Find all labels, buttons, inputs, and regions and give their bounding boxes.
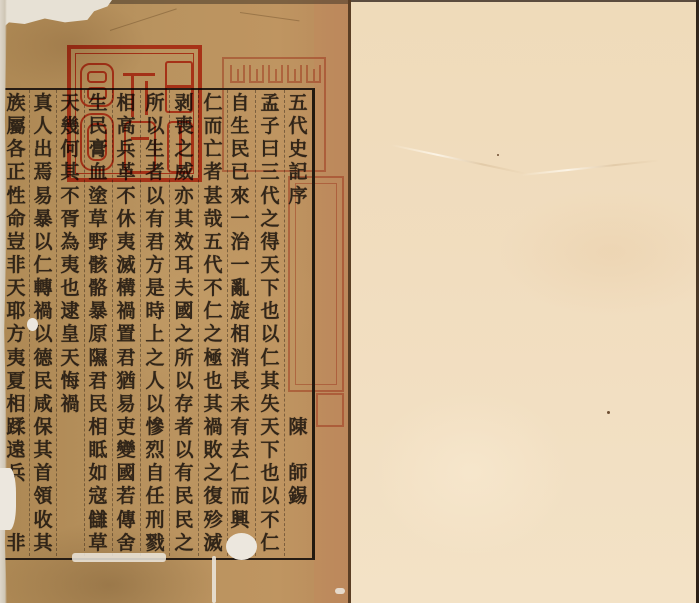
column-rule [255,90,256,556]
character: 一 [227,208,253,231]
character: 來 [227,185,253,208]
author-given-name: 師錫 [285,462,311,508]
character: 傳 [113,509,139,532]
character: 有 [142,208,168,231]
character: 興 [227,509,253,532]
character: 記 [285,161,311,184]
character: 戮 [142,532,168,555]
character: 胥 [57,208,83,231]
character: 草 [85,532,111,555]
text-column: 自生民已來一治一亂旋相消長未有去仁而興 [227,92,253,532]
character: 三 [257,161,283,184]
character: 有 [171,462,197,485]
paper-speck [607,411,610,414]
character: 為 [57,231,83,254]
character: 民 [171,485,197,508]
character: 吏 [113,416,139,439]
character: 錫 [285,485,311,508]
character: 之 [171,323,197,346]
character: 仁 [257,532,283,555]
faint-seal-small [316,393,344,427]
seal-glyph [87,123,107,161]
character: 禍 [57,393,83,416]
seal-glyph [145,81,148,115]
seal-glyph [249,65,264,83]
character: 若 [113,485,139,508]
character: 仁 [257,347,283,370]
character: 而 [227,485,253,508]
seal-glyph [131,73,134,117]
character: 其 [30,439,56,462]
character: 代 [285,115,311,138]
character: 人 [30,115,56,138]
character: 相 [227,323,253,346]
character: 咸 [30,393,56,416]
character: 殄 [200,509,226,532]
character: 敗 [200,439,226,462]
character: 君 [142,231,168,254]
character: 原 [85,323,111,346]
character: 代 [200,254,226,277]
character: 陳 [285,416,311,439]
character: 國 [171,300,197,323]
character: 其 [257,370,283,393]
character: 收 [30,509,56,532]
character: 民 [171,509,197,532]
character: 置 [113,323,139,346]
character: 君 [113,347,139,370]
character: 皇 [57,323,83,346]
character: 不 [113,185,139,208]
character: 德 [30,347,56,370]
character: 構 [113,277,139,300]
character: 耶 [3,300,29,323]
character: 以 [171,370,197,393]
heading-column: 五代史記序 陳 師錫 [285,92,311,556]
character: 猶 [113,370,139,393]
character: 孟 [257,92,283,115]
worm-hole [0,468,16,530]
character: 滅 [200,532,226,555]
character: 非 [3,254,29,277]
character: 旋 [227,300,253,323]
character: 首 [30,462,56,485]
character: 暴 [85,300,111,323]
character: 也 [257,462,283,485]
seal-glyph [287,65,302,83]
character: 亦 [171,185,197,208]
character: 性 [3,185,29,208]
character: 之 [171,532,197,555]
character: 保 [30,416,56,439]
character: 仁 [200,92,226,115]
seal-glyph [268,65,283,83]
character: 不 [200,277,226,300]
character: 天 [257,254,283,277]
character: 族 [3,92,29,115]
paper-fold [521,159,660,176]
character: 塗 [85,185,111,208]
character: 天 [257,416,283,439]
character: 正 [3,161,29,184]
character: 以 [171,439,197,462]
character: 轉 [30,277,56,300]
character: 夷 [57,254,83,277]
character: 以 [257,323,283,346]
paper-fold [391,144,528,175]
seal-glyph [124,121,156,173]
character: 易 [113,393,139,416]
character: 下 [257,439,283,462]
character: 也 [57,277,83,300]
character: 自 [142,462,168,485]
character: 師 [285,462,311,485]
character: 五 [200,231,226,254]
text-column-fragment: 非 [3,532,29,555]
character: 禍 [200,416,226,439]
character: 失 [257,393,283,416]
character: 已 [227,161,253,184]
character: 豈 [3,231,29,254]
character: 有 [227,416,253,439]
paper-crack [212,556,216,603]
character: 禍 [113,300,139,323]
worm-hole [226,533,257,560]
character: 眡 [85,439,111,462]
character: 非 [3,532,29,555]
right-blank-page [351,0,696,603]
text-column: 仁而亡者甚哉五代不仁之極也其禍敗之復殄滅 [200,92,226,555]
character: 亡 [200,138,226,161]
character: 不 [257,509,283,532]
character: 相 [3,393,29,416]
character: 者 [171,416,197,439]
character: 也 [257,300,283,323]
text-column: 孟子曰三代之得天下也以仁其失天下也以不仁 [257,92,283,555]
character: 以 [257,485,283,508]
character: 消 [227,347,253,370]
seal-glyph [80,63,114,107]
character: 曰 [257,138,283,161]
seal-glyph [306,65,321,83]
character: 而 [200,115,226,138]
character: 夷 [113,231,139,254]
paper-abrasion [72,553,166,562]
character: 長 [227,370,253,393]
character: 相 [85,416,111,439]
worm-hole [27,318,38,331]
character: 真 [30,92,56,115]
character: 其 [171,208,197,231]
character: 民 [85,393,111,416]
character: 一 [227,254,253,277]
character: 未 [227,393,253,416]
character: 出 [30,138,56,161]
character: 存 [171,393,197,416]
character: 仁 [227,462,253,485]
character: 領 [30,485,56,508]
character: 夫 [171,277,197,300]
character: 民 [30,370,56,393]
character: 如 [85,462,111,485]
character: 烈 [142,439,168,462]
character: 是 [142,277,168,300]
seal-glyph [87,87,107,100]
character: 自 [227,92,253,115]
seal-glyph [230,65,245,83]
character: 悔 [57,370,83,393]
seal-glyph [87,71,107,83]
character: 讎 [85,509,111,532]
seal-glyph [131,137,149,140]
character: 骸 [85,254,111,277]
character: 甚 [200,185,226,208]
character: 之 [257,208,283,231]
character: 夏 [3,370,29,393]
character: 哉 [200,208,226,231]
character: 人 [142,370,168,393]
character: 以 [30,231,56,254]
seal-glyph [167,85,191,88]
character: 復 [200,485,226,508]
character: 代 [257,185,283,208]
character: 各 [3,138,29,161]
character: 生 [227,115,253,138]
character: 仁 [30,254,56,277]
paper-speck [497,154,499,156]
character: 其 [30,532,56,555]
character: 者 [200,161,226,184]
seal-glyph [179,125,182,169]
author-surname: 陳 [285,416,311,439]
character: 也 [200,370,226,393]
character: 民 [227,138,253,161]
character: 任 [142,485,168,508]
character: 五 [285,92,311,115]
character: 子 [257,115,283,138]
character: 隰 [85,347,111,370]
character: 以 [142,393,168,416]
character: 上 [142,323,168,346]
book-spread-scan: 五代史記序 陳 師錫 孟子曰三代之得天下也以仁其失天下也以不仁 自生民已來一治一… [0,0,699,603]
character: 蹂 [3,416,29,439]
character: 效 [171,231,197,254]
character: 之 [200,462,226,485]
character: 得 [257,231,283,254]
character: 滅 [113,254,139,277]
character: 去 [227,439,253,462]
character: 國 [113,462,139,485]
character: 史 [285,138,311,161]
character: 方 [142,254,168,277]
character: 易 [30,185,56,208]
character: 草 [85,208,111,231]
character: 亂 [227,277,253,300]
character: 野 [85,231,111,254]
character: 序 [285,185,311,208]
character: 所 [171,347,197,370]
character: 其 [200,393,226,416]
character: 舍 [113,532,139,555]
page-title: 五代史記序 [285,92,311,208]
character: 寇 [85,485,111,508]
character: 耳 [171,254,197,277]
character: 骼 [85,277,111,300]
character: 天 [3,277,29,300]
character: 仁 [200,300,226,323]
character: 焉 [30,161,56,184]
character: 不 [57,185,83,208]
collector-seal [67,45,202,182]
text-column: 族屬各正性命豈非天耶方夷夏相蹂遠兵 [3,92,29,485]
character: 刑 [142,509,168,532]
character: 變 [113,439,139,462]
character: 治 [227,231,253,254]
seal-glyph [123,73,155,76]
character: 休 [113,208,139,231]
character: 方 [3,323,29,346]
character: 夷 [3,347,29,370]
character: 慘 [142,416,168,439]
character: 極 [200,347,226,370]
character: 下 [257,277,283,300]
character: 屬 [3,115,29,138]
character: 逮 [57,300,83,323]
paper-abrasion [335,588,345,594]
character: 之 [142,347,168,370]
character: 暴 [30,208,56,231]
character: 君 [85,370,111,393]
character: 天 [57,347,83,370]
character: 以 [142,185,168,208]
character: 時 [142,300,168,323]
character: 之 [200,323,226,346]
